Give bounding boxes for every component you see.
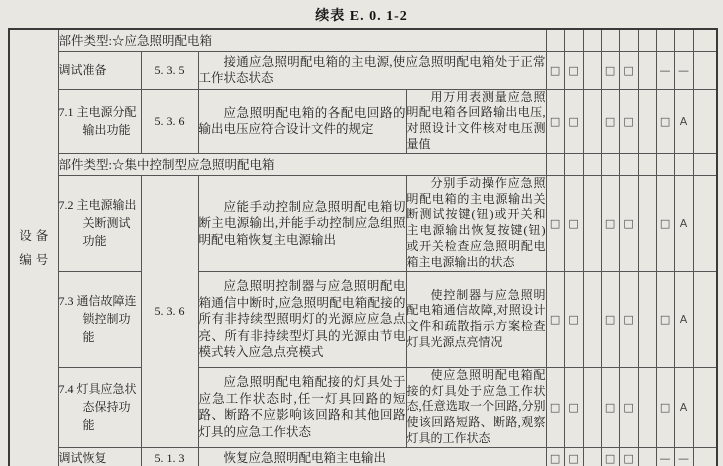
commissioning-record-table: 设备 编号 部件类型:☆应急照明配电箱 调试准备 5. 3. 5 接通应急照明配… — [8, 28, 718, 466]
table-row: 调试准备 5. 3. 5 接通应急照明配电箱的主电源,使应急照明配电箱处于正常工… — [9, 51, 717, 89]
result-mark-cell: □ — [564, 89, 583, 153]
result-mark-cell: □ — [601, 447, 619, 466]
standard-clause-cell: 5. 1. 3 — [141, 447, 198, 466]
result-mark-cell — [638, 51, 656, 89]
result-mark-cell: □ — [619, 89, 638, 153]
result-mark-cell: □ — [601, 89, 619, 153]
result-mark-cell: □ — [656, 367, 674, 447]
test-item-cell: 7.3 通信故障连锁控制功能 — [58, 271, 141, 367]
result-mark-cell: □ — [601, 271, 619, 367]
result-mark-cell — [674, 153, 693, 175]
requirement-cell: 恢复应急照明配电箱主电输出 — [198, 447, 546, 466]
result-mark-cell — [638, 175, 656, 271]
method-text: 用万用表测量应急照明配电箱各回路输出电压,对照设计文件核对电压测量值 — [407, 90, 546, 153]
requirement-text: 恢复应急照明配电箱主电输出 — [199, 450, 546, 466]
test-item-label: 7.3 通信故障连锁控制功能 — [59, 292, 141, 346]
result-mark-cell: □ — [546, 271, 564, 367]
result-mark-cell — [583, 175, 601, 271]
result-mark-cell — [638, 153, 656, 175]
result-mark-cell — [583, 271, 601, 367]
result-mark-cell — [693, 89, 717, 153]
table-row: 7.4 灯具应急状态保持功能 应急照明配电箱配接的灯具处于应急工作状态时,任一灯… — [9, 367, 717, 447]
result-mark-cell: □ — [619, 51, 638, 89]
result-mark-cell — [693, 29, 717, 51]
result-mark-cell — [583, 367, 601, 447]
result-mark-cell: □ — [601, 175, 619, 271]
result-mark-cell: □ — [601, 367, 619, 447]
requirement-cell: 应急照明配电箱的各配电回路的输出电压应符合设计文件的规定 — [198, 89, 406, 153]
result-mark-cell: □ — [564, 367, 583, 447]
section-row: 部件类型:☆集中控制型应急照明配电箱 — [9, 153, 717, 175]
result-mark-cell: □ — [601, 51, 619, 89]
result-mark-cell — [638, 89, 656, 153]
result-mark-cell: □ — [564, 51, 583, 89]
test-item-cell: 7.2 主电源输出关断测试功能 — [58, 175, 141, 271]
device-label-line: 编号 — [10, 249, 58, 273]
method-cell: 使应急照明配电箱配接的灯具处于应急工作状态,任意选取一个回路,分别使该回路短路、… — [406, 367, 546, 447]
result-mark-cell: A — [674, 89, 693, 153]
result-mark-cell: □ — [656, 175, 674, 271]
result-mark-cell: — — [674, 447, 693, 466]
table-row: 7.2 主电源输出关断测试功能 5. 3. 6 应能手动控制应急照明配电箱切断主… — [9, 175, 717, 271]
method-text: 分别手动操作应急照明配电箱的主电源输出关断测试按键(钮)或开关和主电源输出恢复按… — [407, 176, 546, 271]
component-type-header: 部件类型:☆应急照明配电箱 — [58, 29, 546, 51]
method-text: 使应急照明配电箱配接的灯具处于应急工作状态,任意选取一个回路,分别使该回路短路、… — [407, 368, 546, 447]
section-row: 设备 编号 部件类型:☆应急照明配电箱 — [9, 29, 717, 51]
result-mark-cell — [656, 153, 674, 175]
standard-clause-cell: 5. 3. 5 — [141, 51, 198, 89]
result-mark-cell: A — [674, 271, 693, 367]
result-mark-cell — [638, 367, 656, 447]
test-item-label: 7.2 主电源输出关断测试功能 — [59, 196, 141, 250]
test-item-label: 7.1 主电源分配输出功能 — [59, 103, 141, 139]
result-mark-cell — [693, 367, 717, 447]
result-mark-cell: □ — [656, 89, 674, 153]
device-number-cell: 设备 编号 — [9, 29, 58, 466]
result-mark-cell: □ — [619, 447, 638, 466]
result-mark-cell — [619, 153, 638, 175]
requirement-cell: 应急照明配电箱配接的灯具处于应急工作状态时,任一灯具回路的短路、断路不应影响该回… — [198, 367, 406, 447]
result-mark-cell: □ — [564, 271, 583, 367]
result-mark-cell: □ — [656, 271, 674, 367]
method-cell: 分别手动操作应急照明配电箱的主电源输出关断测试按键(钮)或开关和主电源输出恢复按… — [406, 175, 546, 271]
result-mark-cell — [564, 29, 583, 51]
table-row: 7.1 主电源分配输出功能 5. 3. 6 应急照明配电箱的各配电回路的输出电压… — [9, 89, 717, 153]
result-mark-cell — [656, 29, 674, 51]
result-mark-cell: □ — [546, 51, 564, 89]
result-mark-cell — [674, 29, 693, 51]
result-mark-cell — [564, 153, 583, 175]
result-mark-cell — [693, 153, 717, 175]
result-mark-cell — [693, 271, 717, 367]
result-mark-cell — [693, 51, 717, 89]
requirement-text: 应急照明配电箱的各配电回路的输出电压应符合设计文件的规定 — [199, 105, 406, 138]
result-mark-cell — [638, 447, 656, 466]
method-text: 使控制器与应急照明配电箱通信故障,对照设计文件和疏散指示方案检查灯具光源点亮情况 — [407, 288, 546, 351]
result-mark-cell: □ — [619, 175, 638, 271]
result-mark-cell: □ — [564, 175, 583, 271]
result-mark-cell — [583, 29, 601, 51]
test-item-label: 调试恢复 — [59, 449, 141, 466]
requirement-text: 应急照明控制器与应急照明配电箱通信中断时,应急照明配电箱配接的所有非持续型照明灯… — [199, 278, 406, 361]
requirement-text: 接通应急照明配电箱的主电源,使应急照明配电箱处于正常工作状态状态 — [199, 54, 546, 87]
result-mark-cell — [601, 153, 619, 175]
method-cell: 使控制器与应急照明配电箱通信故障,对照设计文件和疏散指示方案检查灯具光源点亮情况 — [406, 271, 546, 367]
requirement-cell: 应能手动控制应急照明配电箱切断主电源输出,并能手动控制应急组照明配电箱恢复主电源… — [198, 175, 406, 271]
device-label-line: 设备 — [10, 225, 58, 249]
table-row: 7.3 通信故障连锁控制功能 应急照明控制器与应急照明配电箱通信中断时,应急照明… — [9, 271, 717, 367]
result-mark-cell — [693, 447, 717, 466]
standard-clause-cell: 5. 3. 6 — [141, 89, 198, 153]
test-item-cell: 7.4 灯具应急状态保持功能 — [58, 367, 141, 447]
result-mark-cell — [546, 153, 564, 175]
result-mark-cell — [638, 271, 656, 367]
result-mark-cell: □ — [546, 175, 564, 271]
test-item-label: 7.4 灯具应急状态保持功能 — [59, 380, 141, 434]
result-mark-cell — [583, 447, 601, 466]
requirement-cell: 接通应急照明配电箱的主电源,使应急照明配电箱处于正常工作状态状态 — [198, 51, 546, 89]
result-mark-cell — [601, 29, 619, 51]
result-mark-cell — [638, 29, 656, 51]
result-mark-cell — [583, 153, 601, 175]
result-mark-cell: A — [674, 175, 693, 271]
result-mark-cell: — — [656, 447, 674, 466]
result-mark-cell — [583, 89, 601, 153]
result-mark-cell — [546, 29, 564, 51]
result-mark-cell: □ — [564, 447, 583, 466]
requirement-cell: 应急照明控制器与应急照明配电箱通信中断时,应急照明配电箱配接的所有非持续型照明灯… — [198, 271, 406, 367]
result-mark-cell: □ — [546, 89, 564, 153]
test-item-cell: 调试准备 — [58, 51, 141, 89]
test-item-label: 调试准备 — [59, 61, 141, 79]
result-mark-cell — [583, 51, 601, 89]
table-row: 调试恢复 5. 1. 3 恢复应急照明配电箱主电输出 □ □ □ □ — — — [9, 447, 717, 466]
result-mark-cell: □ — [546, 447, 564, 466]
result-mark-cell: □ — [546, 367, 564, 447]
result-mark-cell — [693, 175, 717, 271]
method-cell: 用万用表测量应急照明配电箱各回路输出电压,对照设计文件核对电压测量值 — [406, 89, 546, 153]
result-mark-cell: □ — [619, 271, 638, 367]
test-item-cell: 7.1 主电源分配输出功能 — [58, 89, 141, 153]
result-mark-cell: A — [674, 367, 693, 447]
test-item-cell: 调试恢复 — [58, 447, 141, 466]
requirement-text: 应能手动控制应急照明配电箱切断主电源输出,并能手动控制应急组照明配电箱恢复主电源… — [199, 199, 406, 249]
result-mark-cell: □ — [619, 367, 638, 447]
component-type-header: 部件类型:☆集中控制型应急照明配电箱 — [58, 153, 546, 175]
result-mark-cell: — — [656, 51, 674, 89]
result-mark-cell — [619, 29, 638, 51]
standard-clause-cell: 5. 3. 6 — [141, 175, 198, 447]
result-mark-cell: — — [674, 51, 693, 89]
requirement-text: 应急照明配电箱配接的灯具处于应急工作状态时,任一灯具回路的短路、断路不应影响该回… — [199, 374, 406, 440]
scanned-document-page: 续表 E. 0. 1-2 设备 编号 部件类型:☆应急照明配电箱 — [0, 0, 723, 466]
table-title: 续表 E. 0. 1-2 — [0, 5, 723, 25]
